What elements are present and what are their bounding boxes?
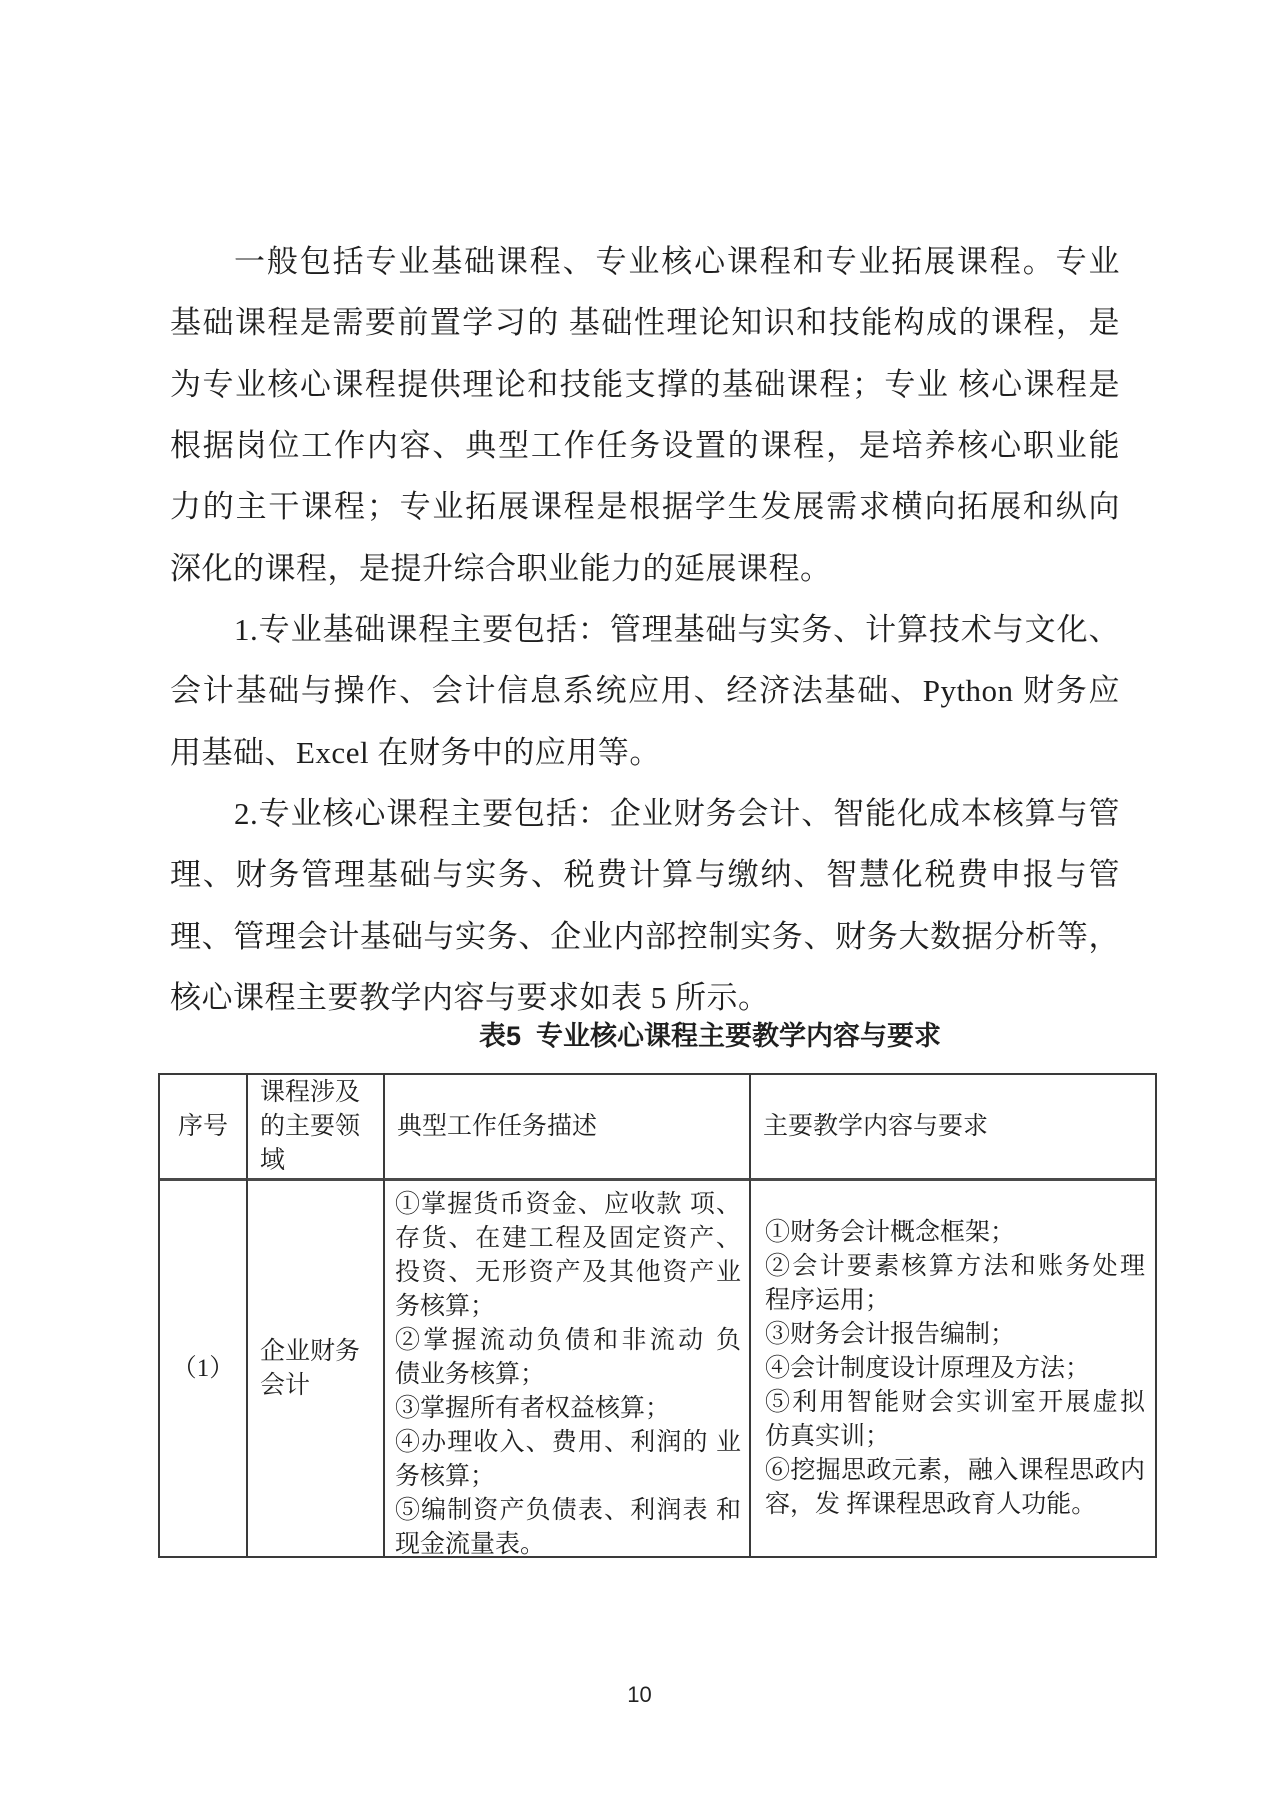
- paragraph-line: 2.专业核心课程主要包括：企业财务会计、智能化成本核算与管: [170, 783, 1120, 845]
- paragraph-line: 用基础、Excel 在财务中的应用等。: [170, 722, 1120, 784]
- header-cell-tasks: 典型工作任务描述: [383, 1075, 749, 1178]
- paragraph-line: 根据岗位工作内容、典型工作任务设置的课程，是培养核心职业能: [170, 415, 1120, 477]
- content-line: ⑤利用智能财会实训室开展虚拟: [765, 1386, 1145, 1420]
- task-line: ②掌握流动负债和非流动 负: [395, 1324, 741, 1358]
- paragraph-line: 为专业核心课程提供理论和技能支撑的基础课程；专业 核心课程是: [170, 354, 1120, 416]
- paragraph-line: 理、财务管理基础与实务、税费计算与缴纳、智慧化税费申报与管: [170, 844, 1120, 906]
- content-line: ①财务会计概念框架；: [765, 1216, 1145, 1250]
- content-line: ③财务会计报告编制；: [765, 1318, 1145, 1352]
- task-line: ⑤编制资产负债表、利润表 和: [395, 1494, 741, 1528]
- header-cell-index: 序号: [160, 1075, 246, 1178]
- paragraph-line: 会计基础与操作、会计信息系统应用、经济法基础、Python 财务应: [170, 660, 1120, 722]
- page-number: 10: [0, 1680, 1279, 1710]
- paragraph-line: 力的主干课程；专业拓展课程是根据学生发展需求横向拓展和纵向: [170, 476, 1120, 538]
- task-line: 务核算；: [395, 1290, 741, 1324]
- task-line: ③掌握所有者权益核算；: [395, 1392, 741, 1426]
- cell-row-index: （1）: [160, 1178, 246, 1556]
- header-cell-domain: 课程涉及 的主要领 域: [246, 1075, 383, 1178]
- cell-course-domain: 企业财务 会计: [246, 1178, 383, 1556]
- paragraph-line: 一般包括专业基础课程、专业核心课程和专业拓展课程。专业: [170, 231, 1120, 293]
- content-line: ⑥挖掘思政元素，融入课程思政内: [765, 1454, 1145, 1488]
- task-line: 投资、无形资产及其他资产业: [395, 1256, 741, 1290]
- cell-teaching-contents: ①财务会计概念框架； ②会计要素核算方法和账务处理 程序运用； ③财务会计报告编…: [749, 1178, 1155, 1556]
- cell-task-description: ①掌握货币资金、应收款 项、 存货、在建工程及固定资产、 投资、无形资产及其他资…: [383, 1178, 749, 1556]
- task-line: 现金流量表。: [395, 1528, 741, 1556]
- task-line: ①掌握货币资金、应收款 项、: [395, 1188, 741, 1222]
- task-line: 债业务核算；: [395, 1358, 741, 1392]
- task-line: 存货、在建工程及固定资产、: [395, 1222, 741, 1256]
- task-line: 务核算；: [395, 1460, 741, 1494]
- paragraph-line: 理、管理会计基础与实务、企业内部控制实务、财务大数据分析等，: [170, 906, 1120, 968]
- header-cell-contents: 主要教学内容与要求: [749, 1075, 1155, 1178]
- content-line: 容，发 挥课程思政育人功能。: [765, 1488, 1145, 1522]
- content-line: 仿真实训；: [765, 1420, 1145, 1454]
- task-line: ④办理收入、费用、利润的 业: [395, 1426, 741, 1460]
- content-line: 程序运用；: [765, 1284, 1145, 1318]
- content-line: ②会计要素核算方法和账务处理: [765, 1250, 1145, 1284]
- paragraph-line: 1.专业基础课程主要包括：管理基础与实务、计算技术与文化、: [170, 599, 1120, 661]
- core-course-table: 序号 课程涉及 的主要领 域 典型工作任务描述 主要教学内容与要求 （1） 企业…: [158, 1073, 1157, 1558]
- document-page: 一般包括专业基础课程、专业核心课程和专业拓展课程。专业 基础课程是需要前置学习的…: [0, 0, 1279, 1809]
- table-caption: 表5 专业核心课程主要教学内容与要求: [210, 1014, 1210, 1058]
- paragraph-line: 深化的课程，是提升综合职业能力的延展课程。: [170, 538, 1120, 600]
- paragraph-line: 基础课程是需要前置学习的 基础性理论知识和技能构成的课程，是: [170, 292, 1120, 354]
- content-line: ④会计制度设计原理及方法；: [765, 1352, 1145, 1386]
